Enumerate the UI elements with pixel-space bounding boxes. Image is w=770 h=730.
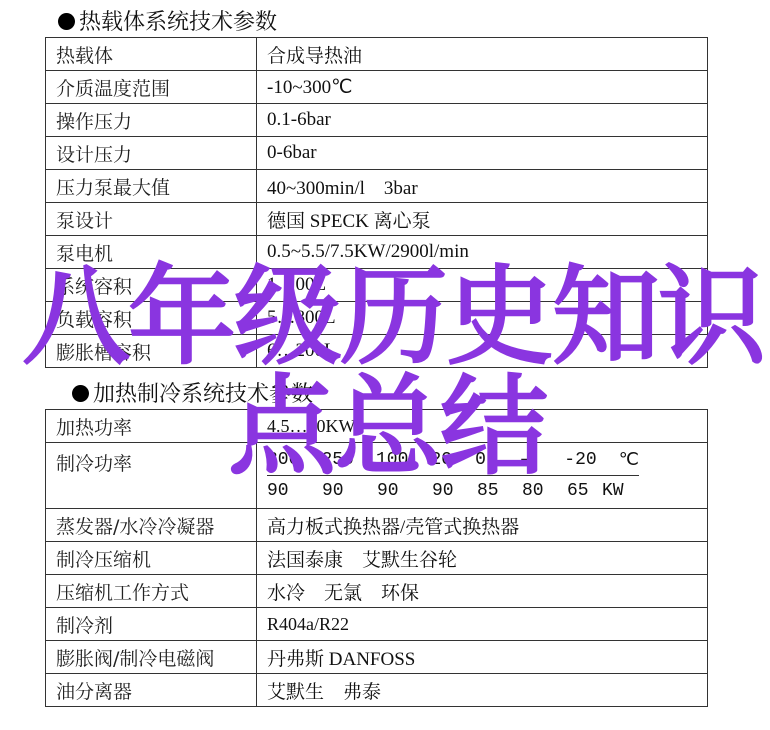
param-value: 水冷 无氯 环保 bbox=[257, 575, 708, 608]
param-name: 设计压力 bbox=[46, 137, 257, 170]
param-value: 艾默生 弗泰 bbox=[257, 674, 708, 707]
table-row: 压力泵最大值40~300min/l 3bar bbox=[46, 170, 708, 203]
power-value: 65 bbox=[567, 481, 602, 501]
param-value: 0-6bar bbox=[257, 137, 708, 170]
param-value: 丹弗斯 DANFOSS bbox=[257, 641, 708, 674]
watermark-title-line1: 八年级历史知识 bbox=[22, 262, 764, 374]
param-name: 制冷剂 bbox=[46, 608, 257, 641]
param-name: 制冷功率 bbox=[46, 443, 257, 509]
param-name: 油分离器 bbox=[46, 674, 257, 707]
table-row: 蒸发器/水冷冷凝器高力板式换热器/壳管式换热器 bbox=[46, 509, 708, 542]
param-value: 高力板式换热器/壳管式换热器 bbox=[257, 509, 708, 542]
param-value: 德国 SPECK 离心泵 bbox=[257, 203, 708, 236]
bullet-icon bbox=[72, 385, 89, 402]
param-name: 制冷压缩机 bbox=[46, 542, 257, 575]
section1-title: 热载体系统技术参数 bbox=[58, 5, 277, 36]
param-value: 法国泰康 艾默生谷轮 bbox=[257, 542, 708, 575]
temp-value: -20 bbox=[564, 450, 619, 470]
section1-title-text: 热载体系统技术参数 bbox=[79, 10, 277, 35]
watermark-title-line2: 点总结 bbox=[228, 372, 546, 484]
param-value: 40~300min/l 3bar bbox=[257, 170, 708, 203]
table-row: 热载体合成导热油 bbox=[46, 38, 708, 71]
param-name: 泵设计 bbox=[46, 203, 257, 236]
param-name: 压缩机工作方式 bbox=[46, 575, 257, 608]
param-name: 蒸发器/水冷冷凝器 bbox=[46, 509, 257, 542]
table-row: 压缩机工作方式水冷 无氯 环保 bbox=[46, 575, 708, 608]
param-name: 加热功率 bbox=[46, 410, 257, 443]
table-row: 介质温度范围-10~300℃ bbox=[46, 71, 708, 104]
param-name: 热载体 bbox=[46, 38, 257, 71]
table-row: 制冷压缩机法国泰康 艾默生谷轮 bbox=[46, 542, 708, 575]
table-row: 设计压力0-6bar bbox=[46, 137, 708, 170]
param-name: 压力泵最大值 bbox=[46, 170, 257, 203]
table-row: 操作压力0.1-6bar bbox=[46, 104, 708, 137]
param-value: 0.1-6bar bbox=[257, 104, 708, 137]
table-row: 制冷剂R404a/R22 bbox=[46, 608, 708, 641]
table-row: 油分离器艾默生 弗泰 bbox=[46, 674, 708, 707]
param-value: R404a/R22 bbox=[257, 608, 708, 641]
param-name: 操作压力 bbox=[46, 104, 257, 137]
param-name: 膨胀阀/制冷电磁阀 bbox=[46, 641, 257, 674]
param-name: 介质温度范围 bbox=[46, 71, 257, 104]
param-value: 合成导热油 bbox=[257, 38, 708, 71]
param-value: -10~300℃ bbox=[257, 71, 708, 104]
temp-unit: ℃ bbox=[619, 449, 639, 471]
power-unit: KW bbox=[602, 481, 624, 501]
bullet-icon bbox=[58, 13, 75, 30]
table-row: 膨胀阀/制冷电磁阀丹弗斯 DANFOSS bbox=[46, 641, 708, 674]
table-row: 泵设计德国 SPECK 离心泵 bbox=[46, 203, 708, 236]
